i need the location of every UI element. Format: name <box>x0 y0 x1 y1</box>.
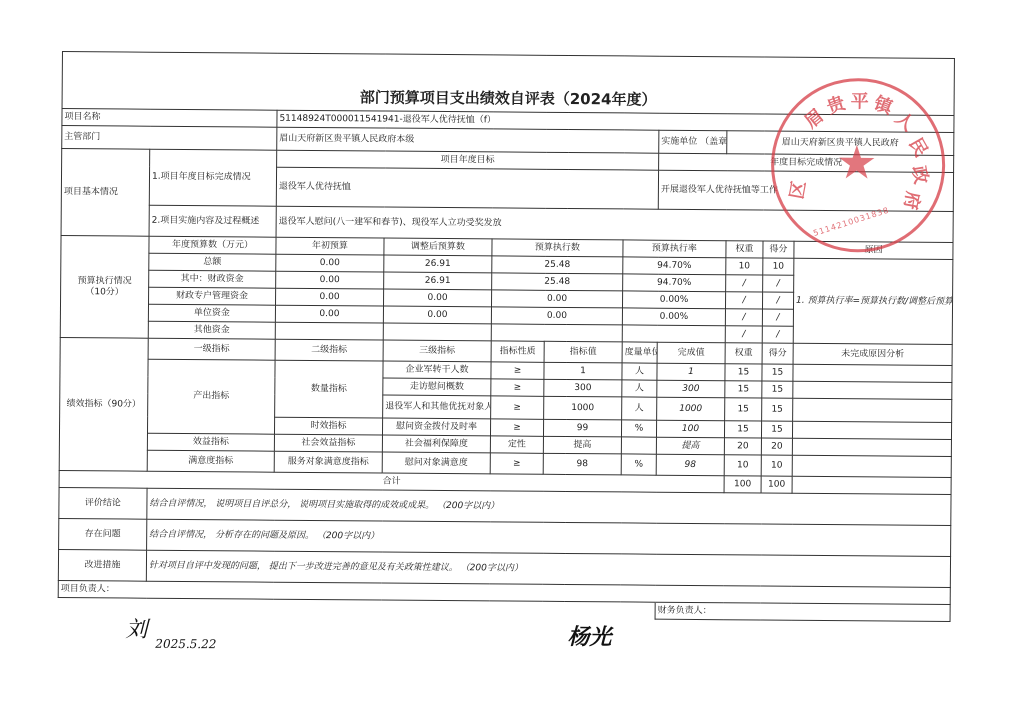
perf-reason <box>792 455 951 477</box>
perf-header-level2: 二级指标 <box>275 339 383 361</box>
budget-row-name: 单位资金 <box>148 304 275 322</box>
perf-nature: ≥ <box>490 453 543 474</box>
issues-label: 存在问题 <box>59 519 147 551</box>
perf-weight: 15 <box>724 421 761 438</box>
perf-header-target: 指标值 <box>544 341 622 363</box>
perf-unit <box>621 437 656 454</box>
perf-weight: 20 <box>724 438 761 455</box>
perf-actual: 300 <box>657 380 725 398</box>
perf-level3: 社会福利保障度 <box>382 435 490 453</box>
perf-reason <box>793 381 952 399</box>
budget-section-score: （10分） <box>85 287 124 297</box>
perf-unit: 人 <box>622 380 657 397</box>
impl-unit-label: 实施单位 （盖章） <box>659 130 727 154</box>
budget-row-weight: / <box>725 326 762 343</box>
dept-value: 眉山天府新区贵平镇人民政府本级 <box>277 127 659 153</box>
finance-lead-label: 财务负责人： <box>655 602 950 621</box>
perf-level2-social: 社会效益指标 <box>274 434 382 452</box>
budget-row-adjusted: 26.91 <box>384 272 492 290</box>
project-lead-date: 2025.5.22 <box>155 637 216 651</box>
budget-row-rate: 94.70% <box>623 257 726 275</box>
budget-row-score: / <box>763 275 794 292</box>
total-weight: 100 <box>724 476 761 493</box>
budget-row-executed: 25.48 <box>492 256 623 274</box>
perf-target: 99 <box>543 419 621 437</box>
budget-section-title: 预算执行情况 <box>78 276 132 286</box>
budget-row-rate <box>622 325 725 343</box>
perf-unit: 人 <box>622 363 657 380</box>
perf-header-level3: 三级指标 <box>383 340 491 362</box>
budget-row-score: / <box>762 292 793 309</box>
perf-nature: ≥ <box>491 362 544 379</box>
impl-unit-value: 眉山天府新区贵平镇人民政府 <box>727 131 954 156</box>
perf-reason <box>792 438 951 456</box>
perf-level1-satisfaction: 满意度指标 <box>147 450 274 472</box>
budget-row-name: 总额 <box>149 253 276 271</box>
perf-score: 15 <box>762 381 793 398</box>
perf-weight: 10 <box>724 455 761 476</box>
budget-header-executed: 预算执行数 <box>492 239 623 257</box>
conclusion-label: 评价结论 <box>59 488 147 520</box>
perf-level2-timeliness: 时效指标 <box>274 417 382 435</box>
perf-unit: % <box>621 420 656 437</box>
budget-row-executed: 25.48 <box>492 273 623 291</box>
perf-unit: % <box>621 454 656 475</box>
perf-nature: ≥ <box>491 379 544 396</box>
budget-row-rate: 94.70% <box>623 274 726 292</box>
completion-value: 开展退役军人优待抚恤等工作 <box>658 170 953 211</box>
perf-nature: ≥ <box>491 396 544 419</box>
budget-row-weight: / <box>725 309 762 326</box>
budget-row-initial: 0.00 <box>276 288 384 306</box>
budget-row-initial: 0.00 <box>276 254 384 272</box>
perf-target: 300 <box>544 379 622 397</box>
item1-label: 1.项目年度目标完成情况 <box>149 149 276 206</box>
perf-header-reason: 未完成原因分析 <box>793 343 952 365</box>
perf-target: 提高 <box>543 436 621 454</box>
budget-row-initial <box>275 322 383 340</box>
budget-header-adjusted: 调整后预算数 <box>384 238 492 256</box>
perf-actual: 98 <box>656 454 724 476</box>
budget-row-executed: 0.00 <box>491 290 622 308</box>
budget-row-adjusted: 26.91 <box>384 255 492 273</box>
budget-row-adjusted: 0.00 <box>383 306 491 324</box>
performance-section-label: 绩效指标（90分） <box>59 338 148 472</box>
budget-row-score: 10 <box>763 258 794 275</box>
budget-header-weight: 权重 <box>726 241 763 258</box>
budget-row-rate: 0.00% <box>622 308 725 326</box>
perf-target: 1 <box>544 362 622 380</box>
perf-header-actual: 完成值 <box>657 342 725 364</box>
perf-weight: 15 <box>725 381 762 398</box>
budget-row-initial: 0.00 <box>276 271 384 289</box>
item2-label: 2.项目实施内容及过程概述 <box>149 205 276 237</box>
self-evaluation-form: 部门预算项目支出绩效自评表（2024年度） 项目名称 51148924T0000… <box>58 51 955 622</box>
perf-reason <box>792 421 951 439</box>
perf-header-level1: 一级指标 <box>148 338 275 360</box>
perf-unit: 人 <box>622 397 657 420</box>
budget-reason-note: 1. 预算执行率=预算执行数/调整后预算数， 预算执行率未达到90%的需说明原因… <box>793 258 953 344</box>
perf-actual: 提高 <box>656 437 724 455</box>
budget-row-adjusted <box>383 323 491 341</box>
budget-row-name: 其中：财政资金 <box>149 270 276 288</box>
perf-actual: 1 <box>657 363 725 381</box>
budget-section-label: 预算执行情况 （10分） <box>60 236 149 339</box>
perf-header-nature: 指标性质 <box>491 341 544 362</box>
basic-info-section-label: 项目基本情况 <box>61 149 150 237</box>
perf-actual: 100 <box>656 420 724 438</box>
budget-row-score: / <box>762 309 793 326</box>
perf-level3: 退役军人和其他优抚对象人数 <box>383 395 491 419</box>
budget-header-initial: 年初预算 <box>276 237 384 255</box>
improve-label: 改进措施 <box>58 550 146 582</box>
perf-target: 98 <box>543 453 621 475</box>
budget-row-name: 财政专户管理资金 <box>149 287 276 305</box>
perf-score: 15 <box>762 364 793 381</box>
perf-header-unit: 度量单位 <box>622 342 657 363</box>
budget-header-rate: 预算执行率 <box>623 240 726 258</box>
form-title: 部门预算项目支出绩效自评表（2024年度） <box>62 52 954 116</box>
perf-weight: 15 <box>725 364 762 381</box>
budget-row-weight: / <box>726 275 763 292</box>
dept-label: 主管部门 <box>62 126 277 151</box>
perf-score: 15 <box>761 421 792 438</box>
budget-header-score: 得分 <box>763 241 794 258</box>
total-reason <box>792 476 951 494</box>
budget-header-annual: 年度预算数（万元） <box>149 236 276 254</box>
perf-level3: 企业军转干人数 <box>383 361 491 379</box>
perf-level3: 走访慰问概数 <box>383 378 491 396</box>
perf-score: 15 <box>762 398 793 421</box>
perf-level2-service: 服务对象满意度指标 <box>274 451 382 473</box>
budget-row-executed <box>491 324 622 342</box>
budget-row-rate: 0.00% <box>622 291 725 309</box>
budget-row-weight: / <box>725 292 762 309</box>
perf-level1-benefit: 效益指标 <box>147 433 274 451</box>
budget-row-weight: 10 <box>726 258 763 275</box>
perf-nature: ≥ <box>490 419 543 436</box>
budget-row-score: / <box>762 326 793 343</box>
perf-target: 1000 <box>544 396 622 420</box>
perf-header-score: 得分 <box>762 343 793 364</box>
signature-blank <box>58 598 655 620</box>
perf-level3: 慰问资金拨付及时率 <box>382 418 490 436</box>
perf-level3: 慰问对象满意度 <box>382 452 490 474</box>
total-score: 100 <box>761 476 792 493</box>
project-name-label: 项目名称 <box>62 109 277 128</box>
perf-reason <box>793 398 952 422</box>
budget-header-reason: 原因 <box>794 241 953 259</box>
budget-row-adjusted: 0.00 <box>383 289 491 307</box>
perf-level1-output: 产出指标 <box>147 359 275 434</box>
document-page: 部门预算项目支出绩效自评表（2024年度） 项目名称 51148924T0000… <box>0 0 1024 723</box>
perf-reason <box>793 364 952 382</box>
finance-lead-signature: 杨光 <box>567 620 611 651</box>
budget-row-name: 其他资金 <box>148 321 275 339</box>
perf-score: 10 <box>761 455 792 476</box>
perf-level2-quantity: 数量指标 <box>275 360 383 418</box>
budget-row-initial: 0.00 <box>275 305 383 323</box>
annual-goal-value: 退役军人优待抚恤 <box>276 167 658 209</box>
perf-nature: 定性 <box>490 436 543 453</box>
perf-score: 20 <box>761 438 792 455</box>
perf-weight: 15 <box>725 398 762 421</box>
perf-actual: 1000 <box>657 397 725 421</box>
budget-row-executed: 0.00 <box>491 307 622 325</box>
perf-header-weight: 权重 <box>725 343 762 364</box>
project-lead-signature: 刘 <box>125 613 147 644</box>
